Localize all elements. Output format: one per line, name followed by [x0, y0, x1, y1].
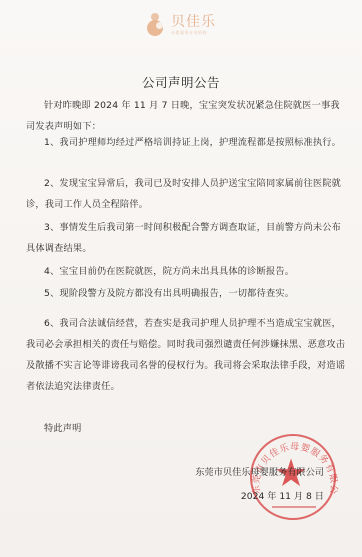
mother-baby-icon — [147, 13, 167, 37]
statement-item-4: 4、宝宝目前仍在医院就医，院方尚未出具具体的诊断报告。 — [26, 261, 346, 282]
statement-item-2: 2、发现宝宝异常后，我司已及时安排人员护送宝宝陪同家属前往医院就诊，我司工作人员… — [26, 173, 346, 215]
statement-item-3: 3、事情发生后我司第一时间积极配合警方调查取证，目前警方尚未公布具体调查结果。 — [26, 217, 346, 259]
document-page: 贝佳乐 母婴服务专业机构 公司声明公告 针对昨晚即 2024 年 11 月 7 … — [0, 0, 362, 557]
statement-item-6: 6、我司合法诚信经营，若查实是我司护理人员护理不当造成宝宝就医，我司必会承担相关… — [26, 313, 346, 397]
statement-item-5: 5、现阶段警方及院方都没有出具明确报告，一切都待查实。 — [26, 283, 346, 304]
signature-date: 2024 年 11 月 8 日 — [195, 485, 324, 509]
signature-company: 东莞市贝佳乐母婴服务有限公司 — [195, 461, 324, 485]
intro-paragraph: 针对昨晚即 2024 年 11 月 7 日晚，宝宝突发状况紧急住院就医一事我司发… — [26, 95, 346, 137]
statement-item-1: 1、我司护理师均经过严格培训持证上岗，护理流程都是按照标准执行。 — [26, 132, 346, 153]
document-title: 公司声明公告 — [0, 73, 362, 91]
signature-block: 东莞市贝佳乐母婴服务有限公司 2024 年 11 月 8 日 — [195, 461, 324, 509]
logo-name: 贝佳乐 — [171, 14, 216, 30]
logo-subtitle: 母婴服务专业机构 — [171, 30, 216, 36]
company-logo: 贝佳乐 母婴服务专业机构 — [147, 13, 216, 37]
